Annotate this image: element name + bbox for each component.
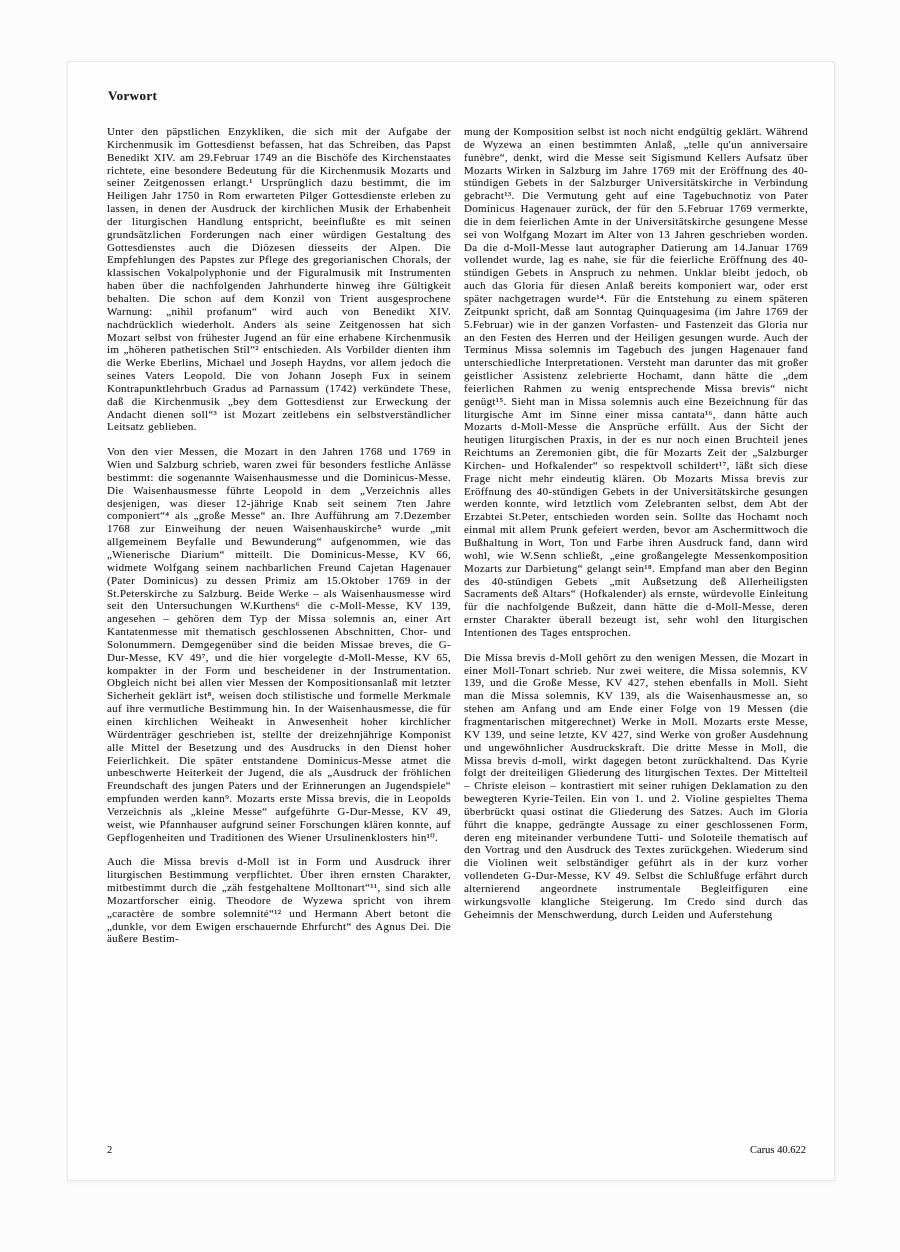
paragraph: Von den vier Messen, die Mozart in den J… <box>107 446 451 844</box>
right-column: mung der Komposition selbst ist noch nic… <box>464 126 808 921</box>
paragraph: mung der Komposition selbst ist noch nic… <box>464 126 808 640</box>
paragraph: Auch die Missa brevis d-Moll ist in Form… <box>107 856 451 946</box>
paragraph: Unter den päpstlichen Enzykliken, die si… <box>107 126 451 434</box>
page-footer: 2 Carus 40.622 <box>107 1145 806 1156</box>
document-page: Vorwort Unter den päpstlichen Enzykliken… <box>67 61 835 1181</box>
page-number: 2 <box>107 1145 112 1156</box>
edition-number: Carus 40.622 <box>750 1145 806 1156</box>
paragraph: Die Missa brevis d-Moll gehört zu den we… <box>464 652 808 922</box>
left-column: Unter den päpstlichen Enzykliken, die si… <box>107 126 451 946</box>
scan-background: Vorwort Unter den päpstlichen Enzykliken… <box>0 0 900 1252</box>
page-title: Vorwort <box>108 88 157 104</box>
